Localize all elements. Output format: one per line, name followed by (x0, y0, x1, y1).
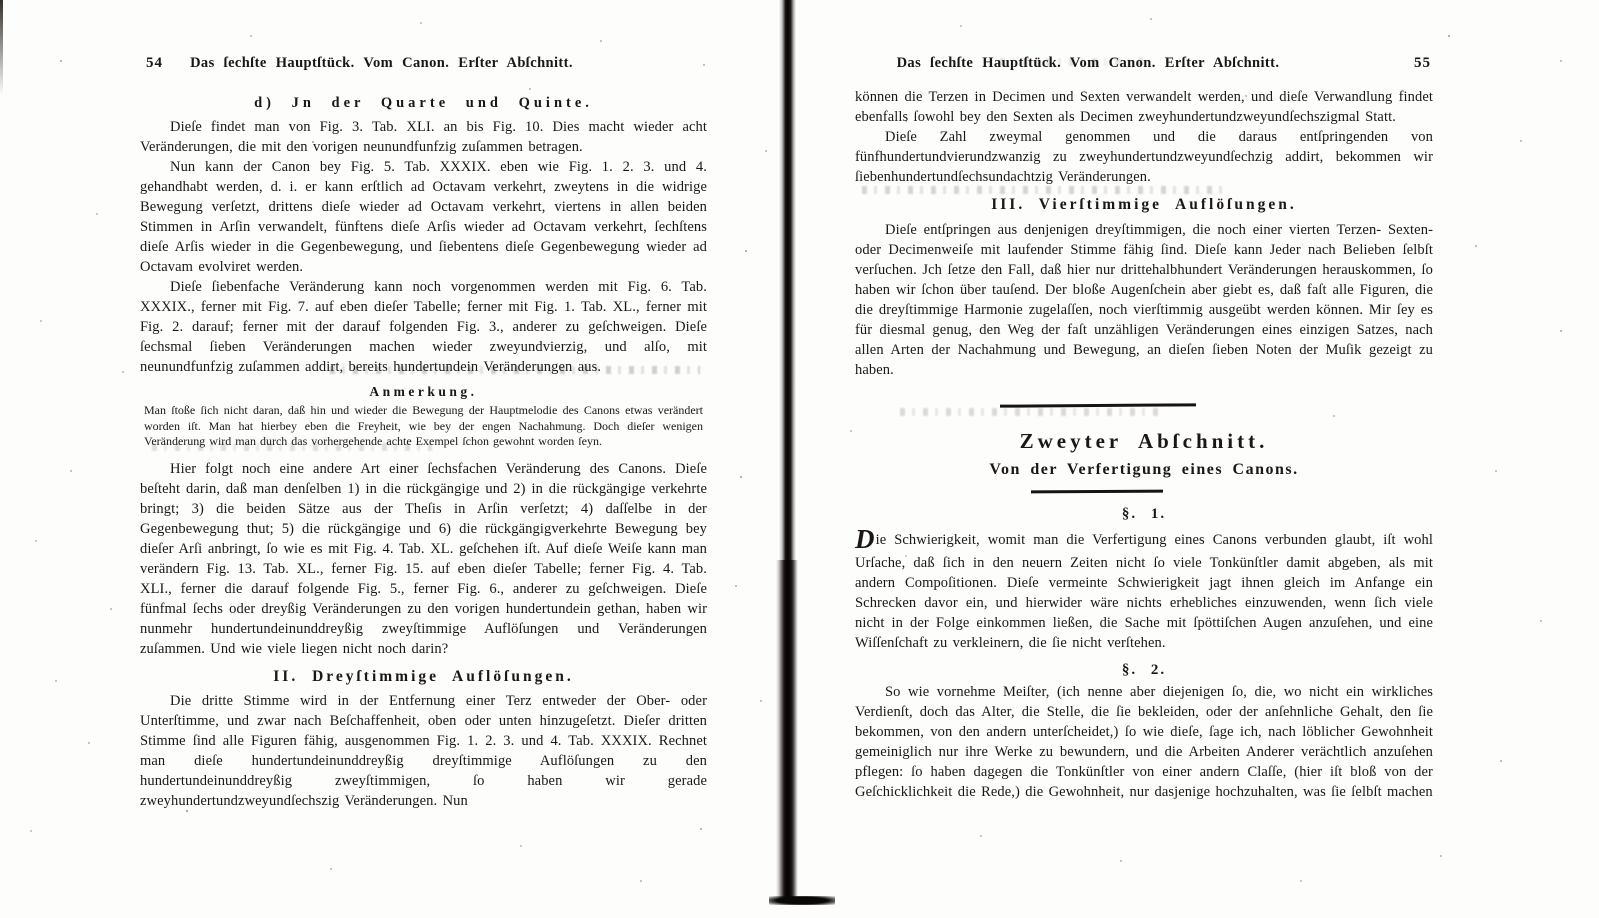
section-iii-heading: III. Vierſtimmige Auflöſungen. (855, 196, 1433, 214)
paragraph: Dieſe findet man von Fig. 3. Tab. XLI. a… (140, 117, 707, 157)
book-scan: { "scan": { "ink_color": "#1b1714", "pap… (0, 0, 1599, 918)
book-gutter-foot (769, 896, 835, 905)
chapter-subheading: Von der Verfertigung eines Canons. (855, 461, 1433, 479)
page-number-54: 54 (146, 55, 163, 72)
paragraph: Dieſe ſiebenfache Veränderung kann noch … (140, 277, 707, 377)
book-gutter-shadow-lower (776, 560, 798, 903)
scan-left-edge (0, 0, 3, 95)
scan-noise (0, 0, 2, 2)
running-title: Das ſechſte Hauptſtück. Vom Canon. Erſte… (140, 55, 707, 72)
left-page-header: 54 Das ſechſte Hauptſtück. Vom Canon. Er… (140, 55, 707, 74)
paragraph-continuation: können die Terzen in Decimen und Sexten … (855, 87, 1433, 127)
right-page-header: 55 Das ſechſte Hauptſtück. Vom Canon. Er… (855, 55, 1433, 74)
section-d-heading: d) Jn der Quarte und Quinte. (140, 95, 707, 112)
section-divider-rule (1000, 403, 1196, 407)
anmerkung-note: Man ſtoße ſich nicht daran, daß hin und … (140, 403, 707, 450)
page-number-55: 55 (1414, 55, 1431, 72)
section-2-label: §. 2. (855, 662, 1433, 679)
paragraph: Nun kann der Canon bey Fig. 5. Tab. XXXI… (140, 157, 707, 277)
drop-cap-initial: D (855, 524, 875, 554)
paragraph: Dieſe Zahl zweymal genommen und die dara… (855, 127, 1433, 187)
section-ii-heading: II. Dreyſtimmige Auflöſungen. (140, 668, 707, 686)
paragraph: Die Schwierigkeit, womit man die Verfert… (855, 526, 1433, 653)
right-page: 55 Das ſechſte Hauptſtück. Vom Canon. Er… (855, 55, 1433, 802)
running-title: Das ſechſte Hauptſtück. Vom Canon. Erſte… (855, 55, 1433, 72)
section-1-label: §. 1. (855, 506, 1433, 523)
paragraph: Die dritte Stimme wird in der Entfernung… (140, 691, 707, 811)
left-page: 54 Das ſechſte Hauptſtück. Vom Canon. Er… (140, 55, 707, 811)
paragraph: Hier folgt noch eine andere Art einer ſe… (140, 459, 707, 659)
paragraph-text: ie Schwierigkeit, womit man die Verferti… (855, 532, 1433, 651)
chapter-heading: Zweyter Abſchnitt. (855, 429, 1433, 454)
paragraph: So wie vornehme Meiſter, (ich nenne aber… (855, 682, 1433, 802)
section-divider-rule (1031, 490, 1163, 494)
anmerkung-heading: Anmerkung. (140, 384, 707, 400)
paragraph: Dieſe entſpringen aus denjenigen dreyſti… (855, 220, 1433, 380)
